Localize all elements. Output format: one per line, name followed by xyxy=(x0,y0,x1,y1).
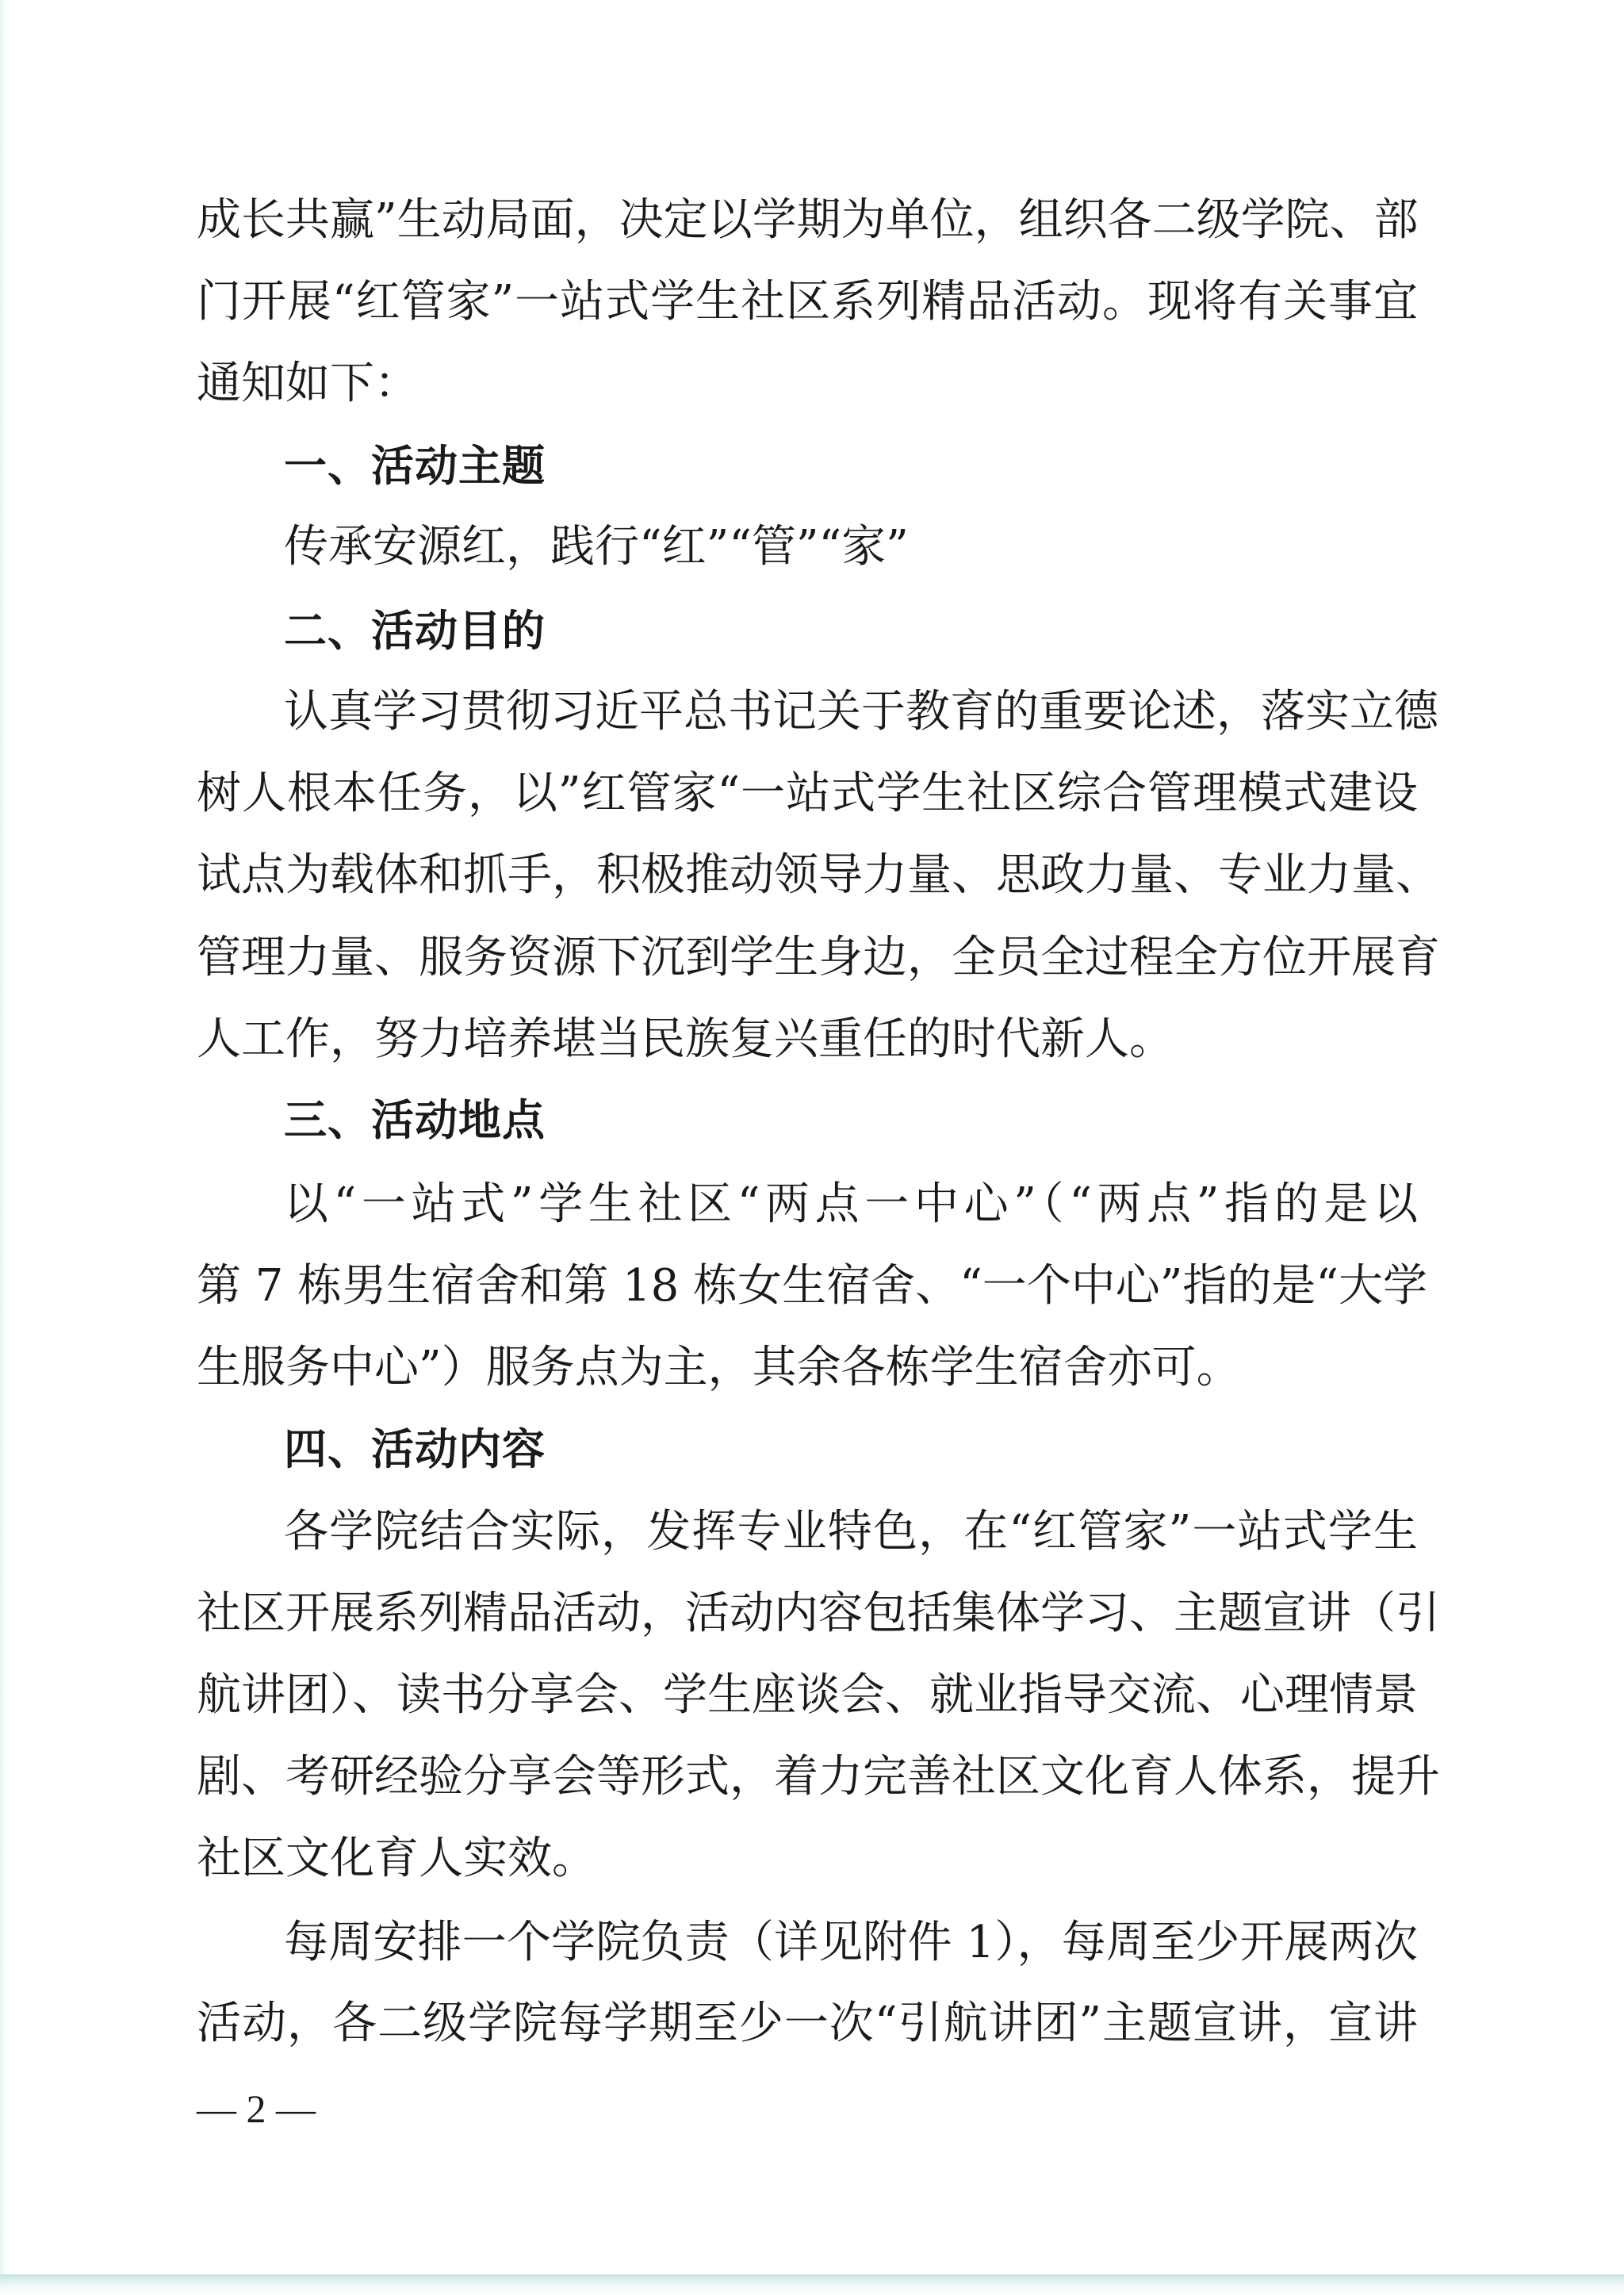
body-line: 社区开展系列精品活动，活动内容包括集体学习、主题宣讲（引 xyxy=(197,1586,1418,1642)
body-line: 第 7 栋男生宿舍和第 18 栋女生宿舍、“一个中心”指的是“大学 xyxy=(197,1259,1418,1314)
body-line: 试点为载体和抓手，积极推动领导力量、思政力量、专业力量、 xyxy=(197,848,1418,903)
body-line: 通知如下： xyxy=(197,356,1418,412)
body-line: 剧、考研经验分享会等形式，着力完善社区文化育人体系，提升 xyxy=(197,1749,1418,1805)
body-line: 每周安排一个学院负责（详见附件 1），每周至少开展两次 xyxy=(284,1915,1418,1971)
body-line: 生服务中心”）服务点为主，其余各栋学生宿舍亦可。 xyxy=(197,1340,1418,1396)
body-line: 活动，各二级学院每学期至少一次“引航讲团”主题宣讲，宣讲 xyxy=(197,1996,1418,2052)
section-heading-content: 四、活动内容 xyxy=(284,1422,546,1477)
scan-left-edge xyxy=(0,0,6,2295)
section-heading-purpose: 二、活动目的 xyxy=(284,603,546,659)
body-line: 门开展“红管家”一站式学生社区系列精品活动。现将有关事宜 xyxy=(197,274,1418,330)
page-number: — 2 — xyxy=(197,2081,316,2136)
body-line: 管理力量、服务资源下沉到学生身边，全员全过程全方位开展育 xyxy=(197,930,1418,986)
body-line: 社区文化育人实效。 xyxy=(197,1831,1418,1887)
section-heading-location: 三、活动地点 xyxy=(284,1093,546,1148)
body-line: 航讲团）、读书分享会、学生座谈会、就业指导交流、心理情景 xyxy=(197,1668,1418,1723)
scan-bottom-edge xyxy=(0,2274,1624,2295)
section-heading-theme: 一、活动主题 xyxy=(284,439,546,494)
body-line: 各学院结合实际，发挥专业特色，在“红管家”一站式学生 xyxy=(284,1504,1418,1560)
body-line: 成长共赢”生动局面，决定以学期为单位，组织各二级学院、部 xyxy=(197,193,1418,248)
body-line: 人工作，努力培养堪当民族复兴重任的时代新人。 xyxy=(197,1012,1418,1067)
document-page: 成长共赢”生动局面，决定以学期为单位，组织各二级学院、部 门开展“红管家”一站式… xyxy=(0,0,1624,2295)
body-line: 认真学习贯彻习近平总书记关于教育的重要论述，落实立德 xyxy=(284,684,1418,740)
body-line: 以“一站式”学生社区“两点一中心”（“两点”指的是以 xyxy=(284,1177,1418,1232)
theme-text: 传承安源红，践行“红”“管”“家” xyxy=(284,519,1418,575)
body-line: 树人根本任务，以”红管家“一站式学生社区综合管理模式建设 xyxy=(197,766,1418,822)
